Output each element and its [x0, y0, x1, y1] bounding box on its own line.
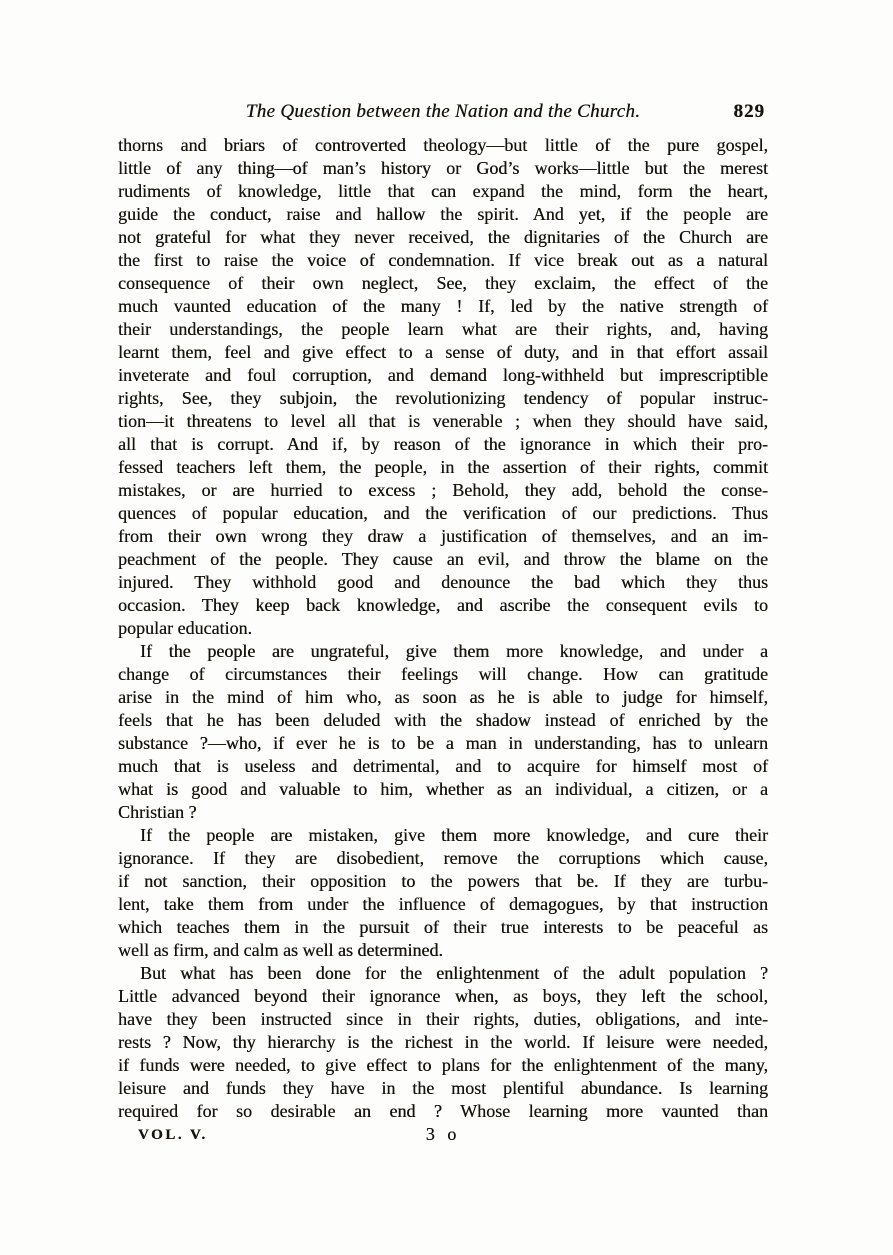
text-line: Little advanced beyond their ignorance w…	[118, 985, 768, 1008]
text-line: much vaunted education of the many ! If,…	[118, 295, 768, 318]
text-line: much that is useless and detrimental, an…	[118, 755, 768, 778]
text-line: rudiments of knowledge, little that can …	[118, 180, 768, 203]
text-line: little of any thing—of man’s history or …	[118, 157, 768, 180]
text-line: rights, See, they subjoin, the revolutio…	[118, 387, 768, 410]
text-line: fessed teachers left them, the people, i…	[118, 456, 768, 479]
page-number: 829	[734, 99, 766, 125]
text-line: all that is corrupt. And if, by reason o…	[118, 433, 768, 456]
text-line: peachment of the people. They cause an e…	[118, 548, 768, 571]
text-line: guide the conduct, raise and hallow the …	[118, 203, 768, 226]
text-line: leisure and funds they have in the most …	[118, 1077, 768, 1100]
text-line: well as firm, and calm as well as determ…	[118, 939, 768, 962]
text-line: their understandings, the people learn w…	[118, 318, 768, 341]
text-line: what is good and valuable to him, whethe…	[118, 778, 768, 801]
body-text: thorns and briars of controverted theolo…	[118, 134, 768, 1123]
text-line: ignorance. If they are disobedient, remo…	[118, 847, 768, 870]
text-line: Christian ?	[118, 801, 768, 824]
text-line: learnt them, feel and give effect to a s…	[118, 341, 768, 364]
text-line: tion—it threatens to level all that is v…	[118, 410, 768, 433]
text-line: feels that he has been deluded with the …	[118, 709, 768, 732]
text-line: have they been instructed since in their…	[118, 1008, 768, 1031]
text-line: which teaches them in the pursuit of the…	[118, 916, 768, 939]
text-line: arise in the mind of him who, as soon as…	[118, 686, 768, 709]
text-line: If the people are mistaken, give them mo…	[118, 824, 768, 847]
text-line: quences of popular education, and the ve…	[118, 502, 768, 525]
text-line: from their own wrong they draw a justifi…	[118, 525, 768, 548]
text-line: lent, take them from under the influence…	[118, 893, 768, 916]
text-line: substance ?—who, if ever he is to be a m…	[118, 732, 768, 755]
text-line: required for so desirable an end ? Whose…	[118, 1100, 768, 1123]
text-line: not grateful for what they never receive…	[118, 226, 768, 249]
text-line: if funds were needed, to give effect to …	[118, 1054, 768, 1077]
text-line: the first to raise the voice of condemna…	[118, 249, 768, 272]
text-line: popular education.	[118, 617, 768, 640]
text-line: If the people are ungrateful, give them …	[118, 640, 768, 663]
text-line: occasion. They keep back knowledge, and …	[118, 594, 768, 617]
text-line: change of circumstances their feelings w…	[118, 663, 768, 686]
text-line: rests ? Now, thy hierarchy is the riches…	[118, 1031, 768, 1054]
signature-mark: 3 o	[118, 1122, 768, 1146]
running-title: The Question between the Nation and the …	[118, 99, 768, 125]
book-page: The Question between the Nation and the …	[0, 0, 893, 1255]
text-line: inveterate and foul corruption, and dema…	[118, 364, 768, 387]
text-line: injured. They withhold good and denounce…	[118, 571, 768, 594]
text-line: mistakes, or are hurried to excess ; Beh…	[118, 479, 768, 502]
text-line: thorns and briars of controverted theolo…	[118, 134, 768, 157]
text-line: if not sanction, their opposition to the…	[118, 870, 768, 893]
text-line: consequence of their own neglect, See, t…	[118, 272, 768, 295]
page-footer: VOL. V. 3 o	[118, 1122, 768, 1146]
page-header: The Question between the Nation and the …	[118, 99, 768, 125]
text-line: But what has been done for the enlighten…	[118, 962, 768, 985]
